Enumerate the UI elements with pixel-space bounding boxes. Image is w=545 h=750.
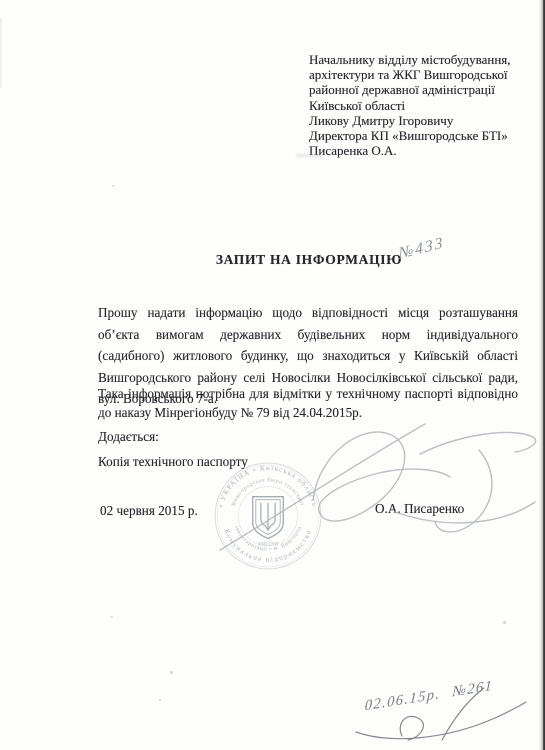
- recipient-line: Начальнику відділу містобудування,: [309, 52, 539, 67]
- scan-speck: [159, 699, 161, 701]
- recipient-line: районної державної адміністрації: [309, 82, 539, 97]
- scan-speck: [503, 621, 506, 624]
- scan-edge-right: [539, 0, 545, 750]
- scan-speck: [110, 616, 113, 618]
- scan-edge-left: [0, 18, 2, 88]
- document-title: ЗАПИТ НА ІНФОРМАЦІЮ: [99, 252, 519, 268]
- attachment-label: Додається:: [98, 429, 159, 445]
- handwritten-registration-note: 02.06.15р.№261: [350, 672, 540, 750]
- recipient-line: Писаренка О.А.: [309, 143, 539, 158]
- recipient-line: Директора КП «Вишгородське БТІ»: [309, 128, 539, 143]
- scan-speck: [296, 154, 322, 157]
- scanned-letter: { "doc": { "recipient_lines": [ "Начальн…: [0, 0, 545, 750]
- recipient-block: Начальнику відділу містобудування, архіт…: [309, 52, 539, 158]
- document-page: Начальнику відділу містобудування, архіт…: [0, 0, 545, 750]
- scan-speck: [112, 185, 115, 187]
- signature-icon: [195, 412, 540, 564]
- recipient-line: Ликову Дмитру Ігоровичу: [309, 113, 539, 128]
- recipient-line: Київської області: [309, 98, 539, 113]
- document-date: 02 червня 2015 р.: [100, 503, 198, 519]
- scan-speck: [170, 671, 173, 674]
- recipient-line: архітектури та ЖКГ Вишгородської: [309, 67, 539, 82]
